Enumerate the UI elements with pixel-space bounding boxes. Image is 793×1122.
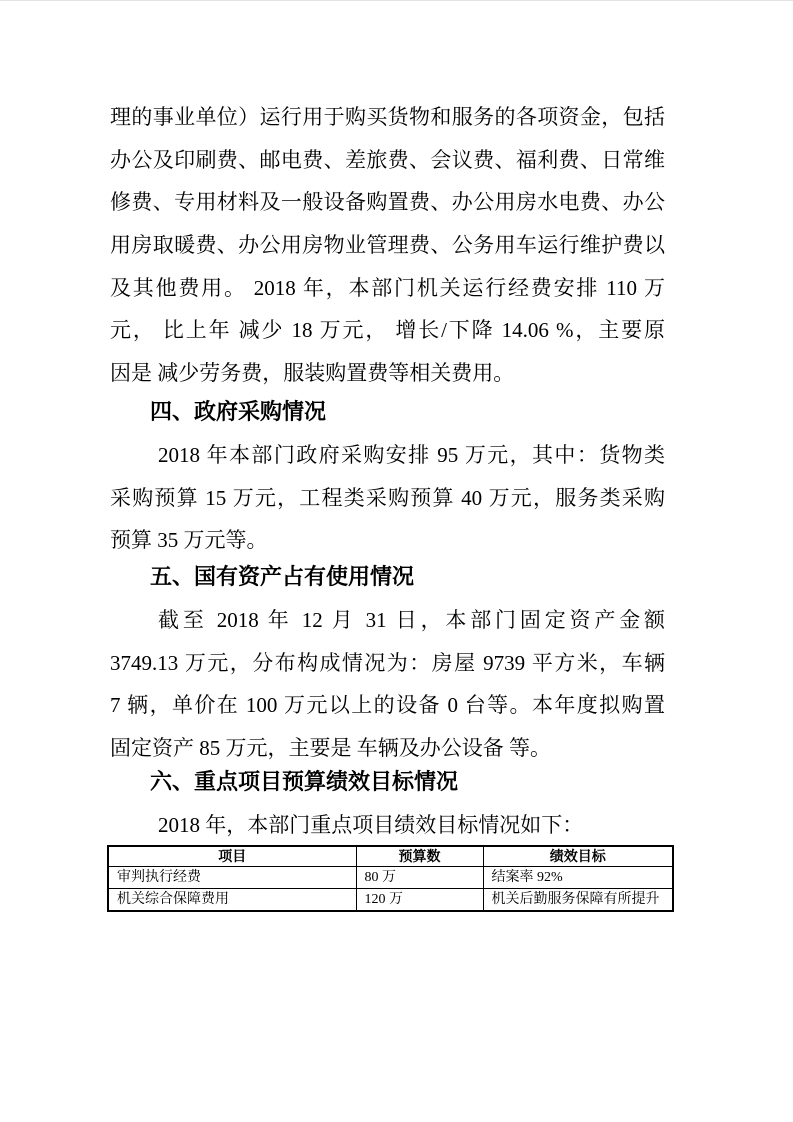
document-body: 理的事业单位）运行用于购买货物和服务的各项资金，包括办公及印刷费、邮电费、差旅费…	[0, 0, 793, 1122]
paragraph-line: 截至 2018 年 12 月 31 日，本部门固定资产金额	[110, 599, 665, 642]
table-cell: 80 万	[356, 867, 483, 889]
document-page: { "page": { "background": "#ffffff", "te…	[0, 0, 793, 1122]
paragraph-line: 修费、专用材料及一般设备购置费、办公用房水电费、办公	[110, 181, 665, 224]
table-row: 机关综合保障费用120 万机关后勤服务保障有所提升	[108, 889, 673, 912]
paragraph-line: 因是 减少劳务费，服装购置费等相关费用。	[110, 352, 665, 395]
table-cell: 机关综合保障费用	[108, 889, 356, 912]
table-cell: 机关后勤服务保障有所提升	[483, 889, 673, 912]
paragraph-line: 用房取暖费、办公用房物业管理费、公务用车运行维护费以	[110, 224, 665, 267]
paragraph-line: 2018 年，本部门重点项目绩效目标情况如下：	[110, 804, 665, 847]
table-cell: 审判执行经费	[108, 867, 356, 889]
table-header-cell: 绩效目标	[483, 846, 673, 867]
para-state-assets: 截至 2018 年 12 月 31 日，本部门固定资产金额3749.13 万元，…	[110, 599, 665, 770]
table-header-cell: 预算数	[356, 846, 483, 867]
heading-section-4-government-procurement: 四、政府采购情况	[110, 391, 665, 434]
para-agency-operating-funds: 理的事业单位）运行用于购买货物和服务的各项资金，包括办公及印刷费、邮电费、差旅费…	[110, 96, 665, 395]
paragraph-line: 采购预算 15 万元，工程类采购预算 40 万元，服务类采购	[110, 477, 665, 520]
table-cell: 结案率 92%	[483, 867, 673, 889]
heading-section-6-key-project-performance: 六、重点项目预算绩效目标情况	[110, 761, 665, 804]
table-header-cell: 项目	[108, 846, 356, 867]
heading-section-5-state-assets: 五、国有资产占有使用情况	[110, 556, 665, 599]
paragraph-line: 元， 比上年 减少 18 万元， 增长/下降 14.06 %，主要原	[110, 309, 665, 352]
para-performance-intro: 2018 年，本部门重点项目绩效目标情况如下：	[110, 804, 665, 847]
key-project-performance-table: 项目预算数绩效目标审判执行经费80 万结案率 92%机关综合保障费用120 万机…	[107, 845, 674, 912]
table-header-row: 项目预算数绩效目标	[108, 846, 673, 867]
paragraph-line: 理的事业单位）运行用于购买货物和服务的各项资金，包括	[110, 96, 665, 139]
para-government-procurement: 2018 年本部门政府采购安排 95 万元，其中：货物类采购预算 15 万元，工…	[110, 434, 665, 562]
paragraph-line: 办公及印刷费、邮电费、差旅费、会议费、福利费、日常维	[110, 139, 665, 182]
paragraph-line: 2018 年本部门政府采购安排 95 万元，其中：货物类	[110, 434, 665, 477]
paragraph-line: 及其他费用。 2018 年，本部门机关运行经费安排 110 万	[110, 267, 665, 310]
table-row: 审判执行经费80 万结案率 92%	[108, 867, 673, 889]
paragraph-line: 3749.13 万元，分布构成情况为：房屋 9739 平方米，车辆	[110, 642, 665, 685]
paragraph-line: 7 辆，单价在 100 万元以上的设备 0 台等。本年度拟购置	[110, 684, 665, 727]
table-cell: 120 万	[356, 889, 483, 912]
